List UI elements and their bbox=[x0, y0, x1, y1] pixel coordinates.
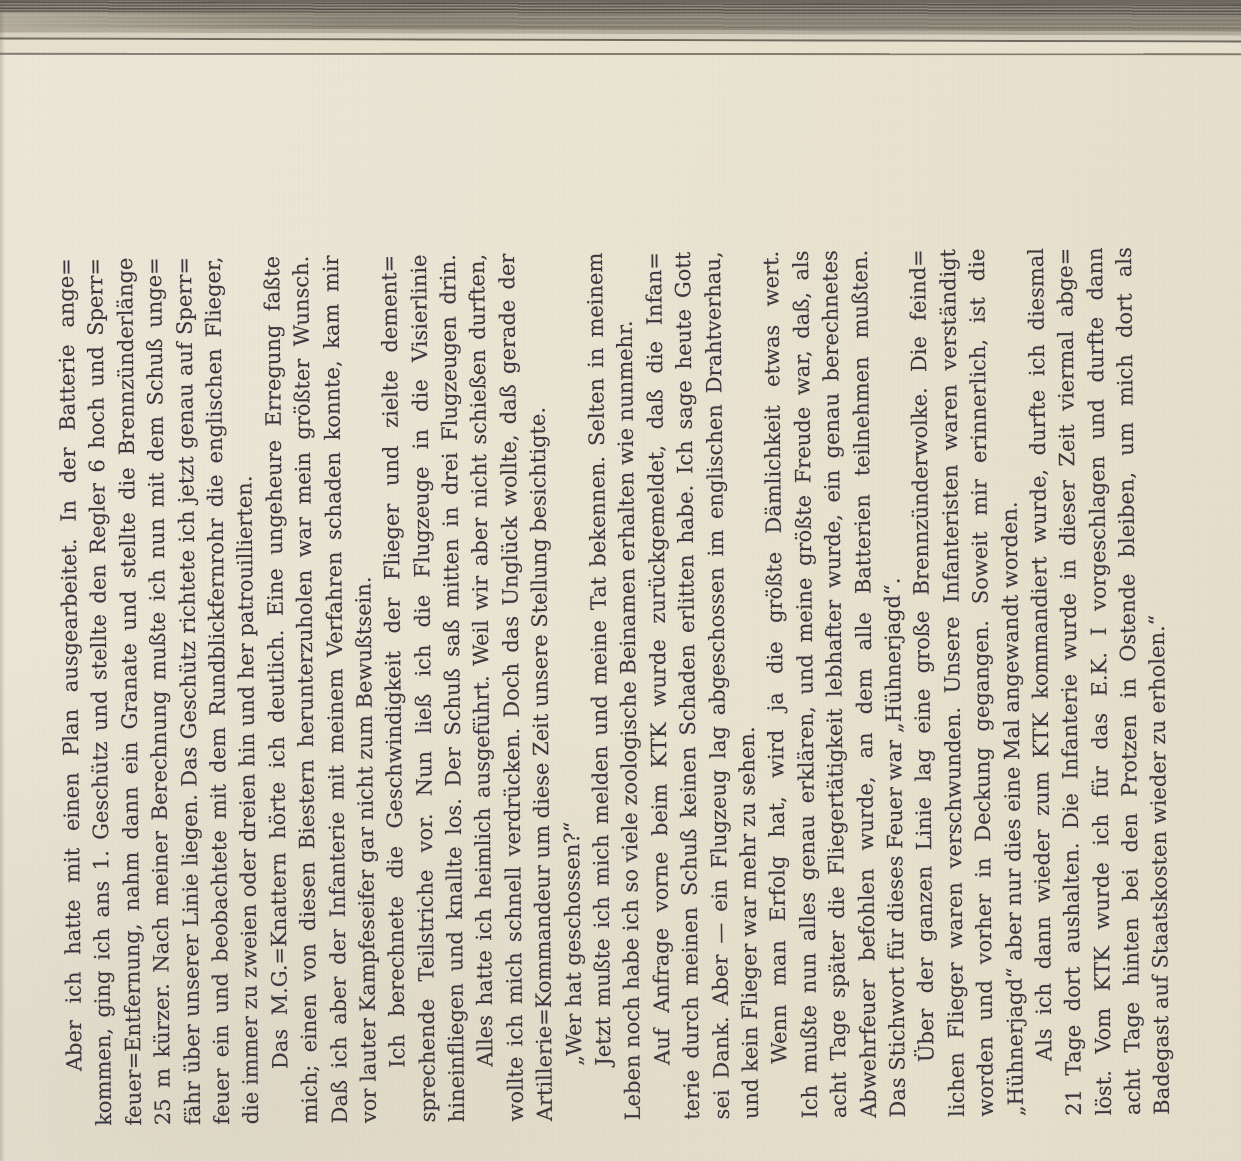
page-edge-hairline-lower bbox=[0, 53, 1241, 55]
scan-left-edge-shadow bbox=[0, 0, 5, 1161]
scanned-book-page: Aber ich hatte mit einen Plan ausgearbei… bbox=[0, 0, 1241, 1161]
page-text-block: Aber ich hatte mit einen Plan ausgearbei… bbox=[52, 247, 1178, 1127]
book-page-edges bbox=[0, 0, 1241, 62]
